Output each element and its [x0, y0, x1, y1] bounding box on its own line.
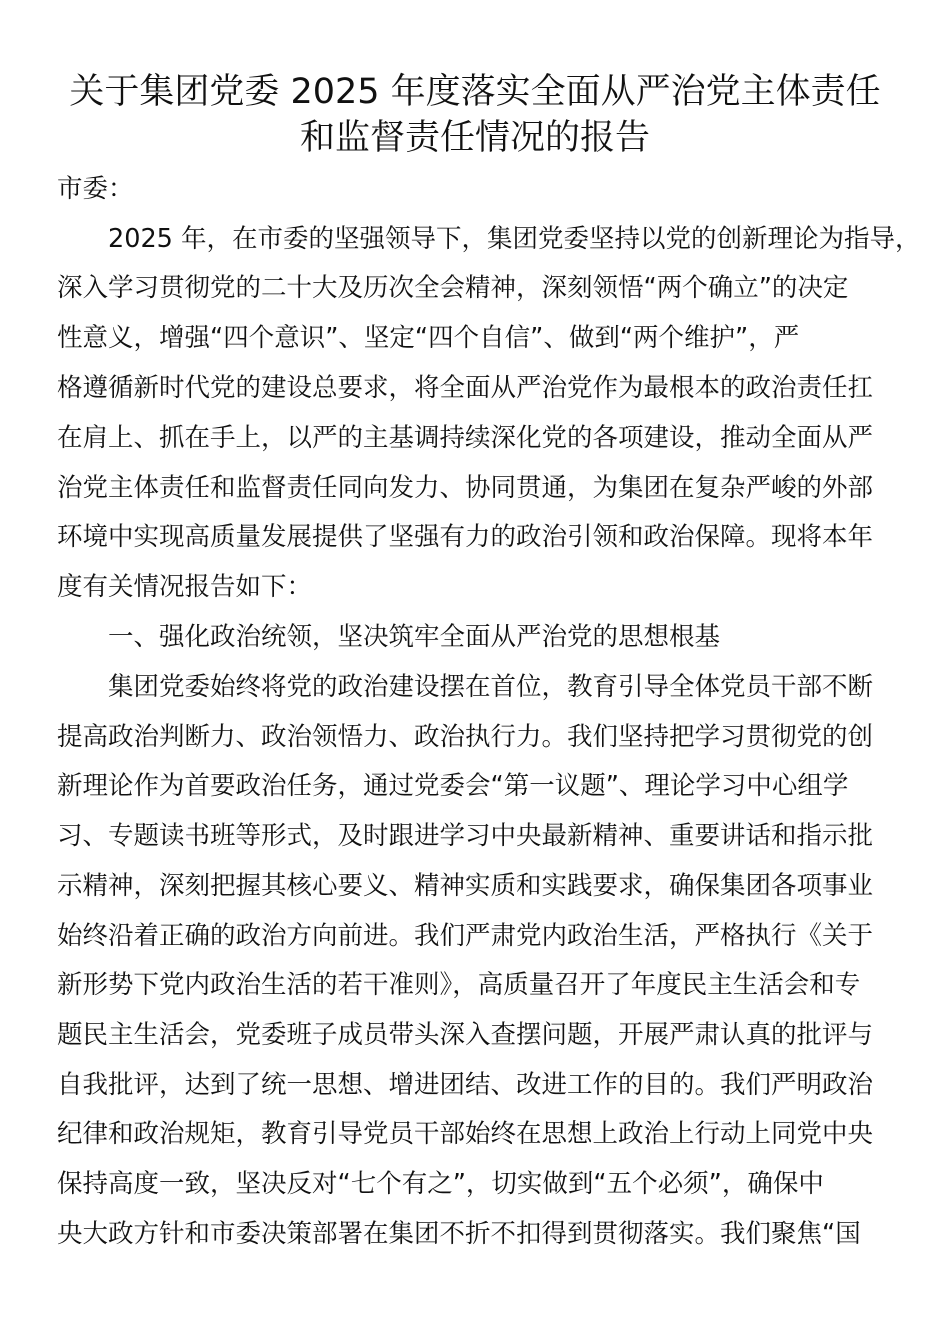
body-line-14: 示精神，深刻把握其核心要义、精神实质和实践要求，确保集团各项事业: [57, 869, 873, 903]
salutation: 市委：: [57, 172, 134, 206]
body-line-1: 2025 年，在市委的坚强领导下，集团党委坚持以党的创新理论为指导，: [108, 222, 921, 256]
body-line-4: 格遵循新时代党的建设总要求，将全面从严治党作为最根本的政治责任扛: [57, 371, 873, 405]
document-title-line-2: 和监督责任情况的报告: [0, 116, 950, 160]
body-line-18: 自我批评，达到了统一思想、增进团结、改进工作的目的。我们严明政治: [57, 1068, 873, 1102]
document-title-line-1: 关于集团党委 2025 年度落实全面从严治党主体责任: [0, 70, 950, 114]
body-line-2: 深入学习贯彻党的二十大及历次全会精神，深刻领悟“两个确立”的决定: [57, 271, 848, 305]
body-line-8: 度有关情况报告如下：: [57, 570, 312, 604]
body-line-5: 在肩上、抓在手上，以严的主基调持续深化党的各项建设，推动全面从严: [57, 421, 873, 455]
body-line-11: 提高政治判断力、政治领悟力、政治执行力。我们坚持把学习贯彻党的创: [57, 720, 873, 754]
body-line-6: 治党主体责任和监督责任同向发力、协同贯通，为集团在复杂严峻的外部: [57, 471, 873, 505]
body-line-20: 保持高度一致，坚决反对“七个有之”，切实做到“五个必须”，确保中: [57, 1167, 824, 1201]
body-line-3: 性意义，增强“四个意识”、坚定“四个自信”、做到“两个维护”，严: [57, 321, 799, 355]
body-line-7: 环境中实现高质量发展提供了坚强有力的政治引领和政治保障。现将本年: [57, 520, 873, 554]
body-line-10: 集团党委始终将党的政治建设摆在首位，教育引导全体党员干部不断: [108, 670, 873, 704]
body-line-19: 纪律和政治规矩，教育引导党员干部始终在思想上政治上行动上同党中央: [57, 1117, 873, 1151]
body-line-13: 习、专题读书班等形式，及时跟进学习中央最新精神、重要讲话和指示批: [57, 819, 873, 853]
body-line-17: 题民主生活会，党委班子成员带头深入查摆问题，开展严肃认真的批评与: [57, 1018, 873, 1052]
body-line-12: 新理论作为首要政治任务，通过党委会“第一议题”、理论学习中心组学: [57, 769, 848, 803]
section-heading-1: 一、强化政治统领，坚决筑牢全面从严治党的思想根基: [108, 620, 720, 654]
body-line-21: 央大政方针和市委决策部署在集团不折不扣得到贯彻落实。我们聚焦“国: [57, 1217, 861, 1251]
body-line-15: 始终沿着正确的政治方向前进。我们严肃党内政治生活，严格执行《关于: [57, 919, 873, 953]
document-page: 关于集团党委 2025 年度落实全面从严治党主体责任 和监督责任情况的报告 市委…: [0, 0, 950, 1344]
body-line-16: 新形势下党内政治生活的若干准则》，高质量召开了年度民主生活会和专: [57, 968, 860, 1002]
